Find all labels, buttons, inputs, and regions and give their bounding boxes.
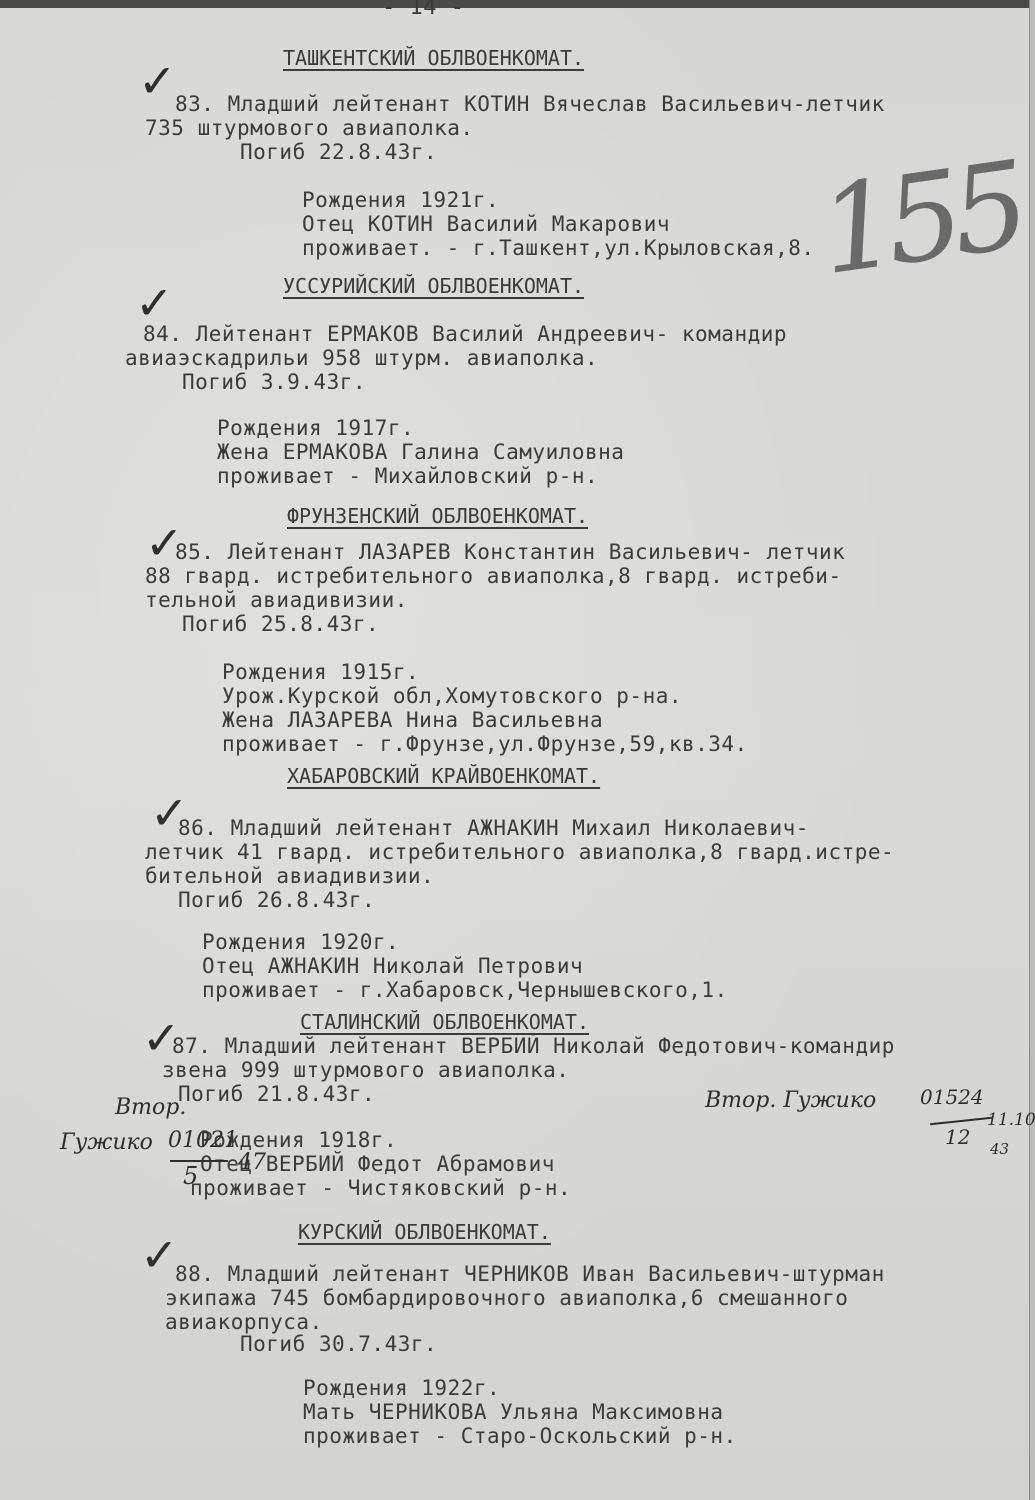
scan-right-edge	[1029, 0, 1035, 1500]
entry-line: авиаэскадрильи 958 штурм. авиаполка.	[125, 346, 598, 370]
section-heading: КУРСКИЙ ОБЛВОЕНКОМАТ.	[298, 1220, 551, 1244]
entry-line: 86. Младший лейтенант АЖНАКИН Михаил Ник…	[178, 816, 809, 840]
entry-line: 84. Лейтенант ЕРМАКОВ Василий Андреевич-…	[143, 322, 787, 346]
relative: Отец КОТИН Василий Макарович	[302, 212, 670, 236]
entry-line: тельной авиадивизии.	[145, 588, 408, 612]
handwritten-note-left-line2: Гужико	[60, 1130, 153, 1155]
check-mark-icon: ✓	[138, 58, 177, 104]
scan-top-edge	[0, 0, 1035, 8]
death-date: Погиб 21.8.43г.	[178, 1082, 375, 1106]
entry-line: 735 штурмового авиаполка.	[145, 116, 474, 140]
entry-line: звена 999 штурмового авиаполка.	[162, 1058, 569, 1082]
entry-line: летчик 41 гвард. истребительного авиапол…	[145, 840, 894, 864]
archive-sheet-number: 155	[811, 137, 1027, 302]
relative: Отец АЖНАКИН Николай Петрович	[202, 954, 583, 978]
section-heading: ХАБАРОВСКИЙ КРАЙВОЕНКОМАТ.	[287, 764, 600, 788]
handwritten-note-right-date-bottom: 43	[990, 1140, 1009, 1158]
section-heading: ФРУНЗЕНСКИЙ ОБЛВОЕНКОМАТ.	[287, 504, 588, 528]
address: проживает - г.Хабаровск,Чернышевского,1.	[202, 978, 728, 1002]
birth-place: Урож.Курской обл,Хомутовского р-на.	[222, 684, 682, 708]
relative: Жена ЛАЗАРЕВА Нина Васильевна	[222, 708, 603, 732]
handwritten-note-left-number: 01021	[168, 1128, 238, 1153]
address: проживает - г.Фрунзе,ул.Фрунзе,59,кв.34.	[222, 732, 748, 756]
section-heading: ТАШКЕНТСКИЙ ОБЛВОЕНКОМАТ.	[283, 46, 584, 70]
handwritten-note-right-number: 01524	[920, 1085, 984, 1109]
birth-year: Рождения 1921г.	[302, 188, 499, 212]
check-mark-icon: ✓	[135, 280, 174, 326]
birth-year: Рождения 1915г.	[222, 660, 419, 684]
entry-line: экипажа 745 бомбардировочного авиаполка,…	[165, 1286, 848, 1310]
birth-year: Рождения 1922г.	[303, 1376, 500, 1400]
address: проживает - Старо-Оскольский р-н.	[303, 1424, 737, 1448]
handwritten-note-right-denominator: 12	[945, 1125, 970, 1149]
address: проживает - Чистяковский р-н.	[190, 1176, 571, 1200]
entry-line: 88. Младший лейтенант ЧЕРНИКОВ Иван Васи…	[175, 1262, 885, 1286]
death-date: Погиб 3.9.43г.	[182, 370, 366, 394]
handwritten-note-right-date-top: 11.10	[987, 1110, 1035, 1130]
section-heading: СТАЛИНСКИЙ ОБЛВОЕНКОМАТ.	[300, 1010, 589, 1034]
death-date: Погиб 25.8.43г.	[182, 612, 379, 636]
entry-line: бительной авиадивизии.	[145, 864, 434, 888]
birth-year: Рождения 1917г.	[217, 416, 414, 440]
death-date: Погиб 26.8.43г.	[178, 888, 375, 912]
relative: Мать ЧЕРНИКОВА Ульяна Максимовна	[303, 1400, 724, 1424]
check-mark-icon: ✓	[140, 1232, 179, 1278]
birth-year: Рождения 1920г.	[202, 930, 399, 954]
page-number: - 14 -	[382, 0, 464, 20]
entry-line: 85. Лейтенант ЛАЗАРЕВ Константин Василье…	[175, 540, 845, 564]
section-heading: УССУРИЙСКИЙ ОБЛВОЕНКОМАТ.	[283, 274, 584, 298]
death-date: Погиб 30.7.43г.	[240, 1332, 437, 1356]
handwritten-note-right-text: Втор. Гужико	[705, 1088, 876, 1113]
handwritten-note-left-line1: Втор.	[115, 1095, 186, 1120]
entry-line: 83. Младший лейтенант КОТИН Вячеслав Вас…	[175, 92, 885, 116]
address: проживает. - г.Ташкент,ул.Крыловская,8.	[302, 236, 815, 260]
entry-line: авиакорпуса.	[165, 1310, 323, 1334]
handwritten-note-left-suffix: 47	[238, 1150, 266, 1175]
death-date: Погиб 22.8.43г.	[240, 140, 437, 164]
handwritten-note-left-denominator: 5	[183, 1162, 198, 1190]
address: проживает - Михайловский р-н.	[217, 464, 598, 488]
fraction-line	[170, 1160, 228, 1162]
relative: Жена ЕРМАКОВА Галина Самуиловна	[217, 440, 624, 464]
entry-line: 87. Младший лейтенант ВЕРБИЙ Николай Фед…	[172, 1034, 895, 1058]
entry-line: 88 гвард. истребительного авиаполка,8 гв…	[145, 564, 842, 588]
